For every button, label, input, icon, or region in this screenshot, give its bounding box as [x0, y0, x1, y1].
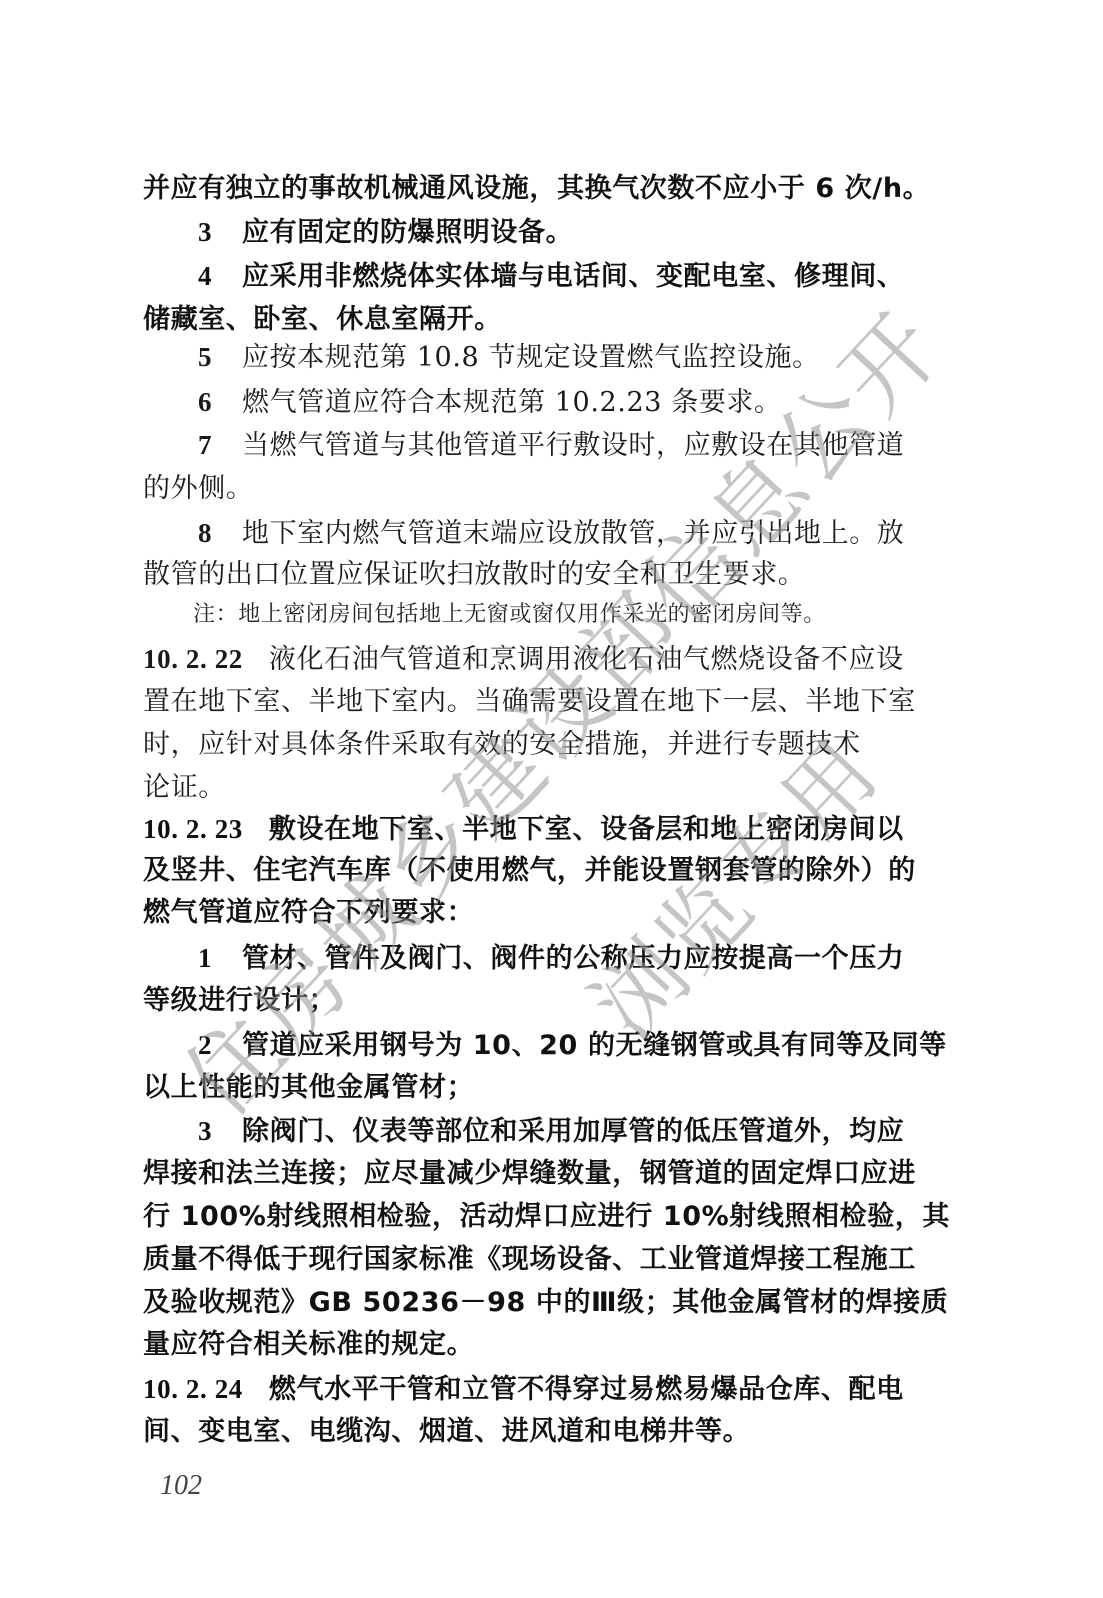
text-line: 燃气管道应符合下列要求： [143, 896, 943, 930]
note-text: 注：地上密闭房间包括地上无窗或窗仅用作采光的密闭房间等。 [143, 598, 993, 632]
item-number: 1 [198, 941, 242, 975]
line-text: 除阀门、仪表等部位和采用加厚管的低压管道外，均应 [242, 1116, 904, 1147]
line-text: 量应符合相关标准的规定。 [143, 1329, 474, 1360]
line-text: 并应有独立的事故机械通风设施，其换气次数不应小于 6 次/h。 [143, 173, 930, 204]
line-text: 散管的出口位置应保证吹扫放散时的安全和卫生要求。 [143, 559, 805, 590]
text-line: 散管的出口位置应保证吹扫放散时的安全和卫生要求。 [143, 558, 943, 592]
clause-line: 10. 2. 22液化石油气管道和烹调用液化石油气燃烧设备不应设 [143, 642, 943, 677]
line-text: 应采用非燃烧体实体墙与电话间、变配电室、修理间、 [242, 261, 904, 292]
item-number: 7 [198, 428, 242, 462]
text-line: 间、变电室、电缆沟、烟道、进风道和电梯井等。 [143, 1415, 943, 1449]
line-text: 燃气管道应符合本规范第 10.2.23 条要求。 [242, 387, 782, 418]
line-text: 燃气管道应符合下列要求： [143, 897, 474, 928]
line-text: 等级进行设计； [143, 985, 336, 1016]
line-text: 及验收规范》GB 50236－98 中的Ⅲ级；其他金属管材的焊接质 [143, 1287, 948, 1318]
clause-number: 10. 2. 24 [143, 1372, 243, 1406]
line-text: 应按本规范第 10.8 节规定设置燃气监控设施。 [242, 342, 820, 373]
line-text: 管材、管件及阀门、阀件的公称压力应按提高一个压力 [242, 943, 904, 974]
list-item-line: 4应采用非燃烧体实体墙与电话间、变配电室、修理间、 [143, 259, 998, 294]
text-line: 的外侧。 [143, 472, 943, 506]
text-line: 质量不得低于现行国家标准《现场设备、工业管道焊接工程施工 [143, 1243, 943, 1277]
text-line: 等级进行设计； [143, 984, 943, 1018]
item-number: 3 [198, 1114, 242, 1148]
list-item-line: 3除阀门、仪表等部位和采用加厚管的低压管道外，均应 [143, 1114, 998, 1149]
item-number: 3 [198, 215, 242, 249]
line-text: 论证。 [143, 772, 226, 803]
text-line: 以上性能的其他金属管材； [143, 1071, 943, 1105]
line-text: 应有固定的防爆照明设备。 [242, 217, 573, 248]
list-item-line: 8地下室内燃气管道末端应设放散管，并应引出地上。放 [143, 516, 998, 551]
line-text: 注：地上密闭房间包括地上无窗或窗仅用作采光的密闭房间等。 [193, 602, 826, 627]
clause-line: 10. 2. 24燃气水平干管和立管不得穿过易燃易爆品仓库、配电 [143, 1372, 943, 1407]
line-text: 焊接和法兰连接；应尽量减少焊缝数量，钢管道的固定焊口应进 [143, 1158, 916, 1189]
text-line: 论证。 [143, 771, 943, 805]
item-number: 5 [198, 340, 242, 374]
line-text: 燃气水平干管和立管不得穿过易燃易爆品仓库、配电 [269, 1374, 904, 1405]
line-text: 敷设在地下室、半地下室、设备层和地上密闭房间以 [269, 814, 904, 845]
list-item-line: 1管材、管件及阀门、阀件的公称压力应按提高一个压力 [143, 941, 998, 976]
list-item-line: 6燃气管道应符合本规范第 10.2.23 条要求。 [143, 385, 998, 420]
line-text: 当燃气管道与其他管道平行敷设时，应敷设在其他管道 [242, 430, 904, 461]
line-text: 以上性能的其他金属管材； [143, 1072, 474, 1103]
item-number: 4 [198, 259, 242, 293]
clause-number: 10. 2. 23 [143, 812, 243, 846]
text-line: 及竖井、住宅汽车库（不使用燃气，并能设置钢套管的除外）的 [143, 854, 943, 888]
list-item-line: 3应有固定的防爆照明设备。 [143, 215, 998, 250]
text-line: 时，应针对具体条件采取有效的安全措施，并进行专题技术 [143, 728, 943, 762]
line-text: 质量不得低于现行国家标准《现场设备、工业管道焊接工程施工 [143, 1244, 916, 1275]
line-text: 的外侧。 [143, 473, 253, 504]
line-text: 及竖井、住宅汽车库（不使用燃气，并能设置钢套管的除外）的 [143, 855, 916, 886]
line-text: 液化石油气管道和烹调用液化石油气燃烧设备不应设 [269, 644, 904, 675]
clause-number: 10. 2. 22 [143, 642, 243, 676]
list-item-line: 7当燃气管道与其他管道平行敷设时，应敷设在其他管道 [143, 428, 998, 463]
line-text: 间、变电室、电缆沟、烟道、进风道和电梯井等。 [143, 1416, 750, 1447]
text-line: 储藏室、卧室、休息室隔开。 [143, 303, 943, 337]
line-text: 时，应针对具体条件采取有效的安全措施，并进行专题技术 [143, 729, 861, 760]
line-text: 置在地下室、半地下室内。当确需要设置在地下一层、半地下室 [143, 686, 916, 717]
item-number: 2 [198, 1028, 242, 1062]
line-text: 地下室内燃气管道末端应设放散管，并应引出地上。放 [242, 518, 904, 549]
text-line: 并应有独立的事故机械通风设施，其换气次数不应小于 6 次/h。 [143, 172, 943, 206]
text-line: 置在地下室、半地下室内。当确需要设置在地下一层、半地下室 [143, 685, 943, 719]
item-number: 6 [198, 385, 242, 419]
document-page: 并应有独立的事故机械通风设施，其换气次数不应小于 6 次/h。3应有固定的防爆照… [0, 0, 1103, 1598]
clause-line: 10. 2. 23敷设在地下室、半地下室、设备层和地上密闭房间以 [143, 812, 943, 847]
line-text: 管道应采用钢号为 10、20 的无缝钢管或具有同等及同等 [242, 1030, 947, 1061]
list-item-line: 2管道应采用钢号为 10、20 的无缝钢管或具有同等及同等 [143, 1028, 998, 1063]
text-line: 行 100%射线照相检验，活动焊口应进行 10%射线照相检验，其 [143, 1200, 943, 1234]
item-number: 8 [198, 516, 242, 550]
line-text: 行 100%射线照相检验，活动焊口应进行 10%射线照相检验，其 [143, 1201, 950, 1232]
text-line: 焊接和法兰连接；应尽量减少焊缝数量，钢管道的固定焊口应进 [143, 1157, 943, 1191]
list-item-line: 5应按本规范第 10.8 节规定设置燃气监控设施。 [143, 340, 998, 375]
text-line: 量应符合相关标准的规定。 [143, 1328, 943, 1362]
page-number: 102 [160, 1470, 202, 1502]
line-text: 储藏室、卧室、休息室隔开。 [143, 304, 502, 335]
text-line: 及验收规范》GB 50236－98 中的Ⅲ级；其他金属管材的焊接质 [143, 1286, 943, 1320]
